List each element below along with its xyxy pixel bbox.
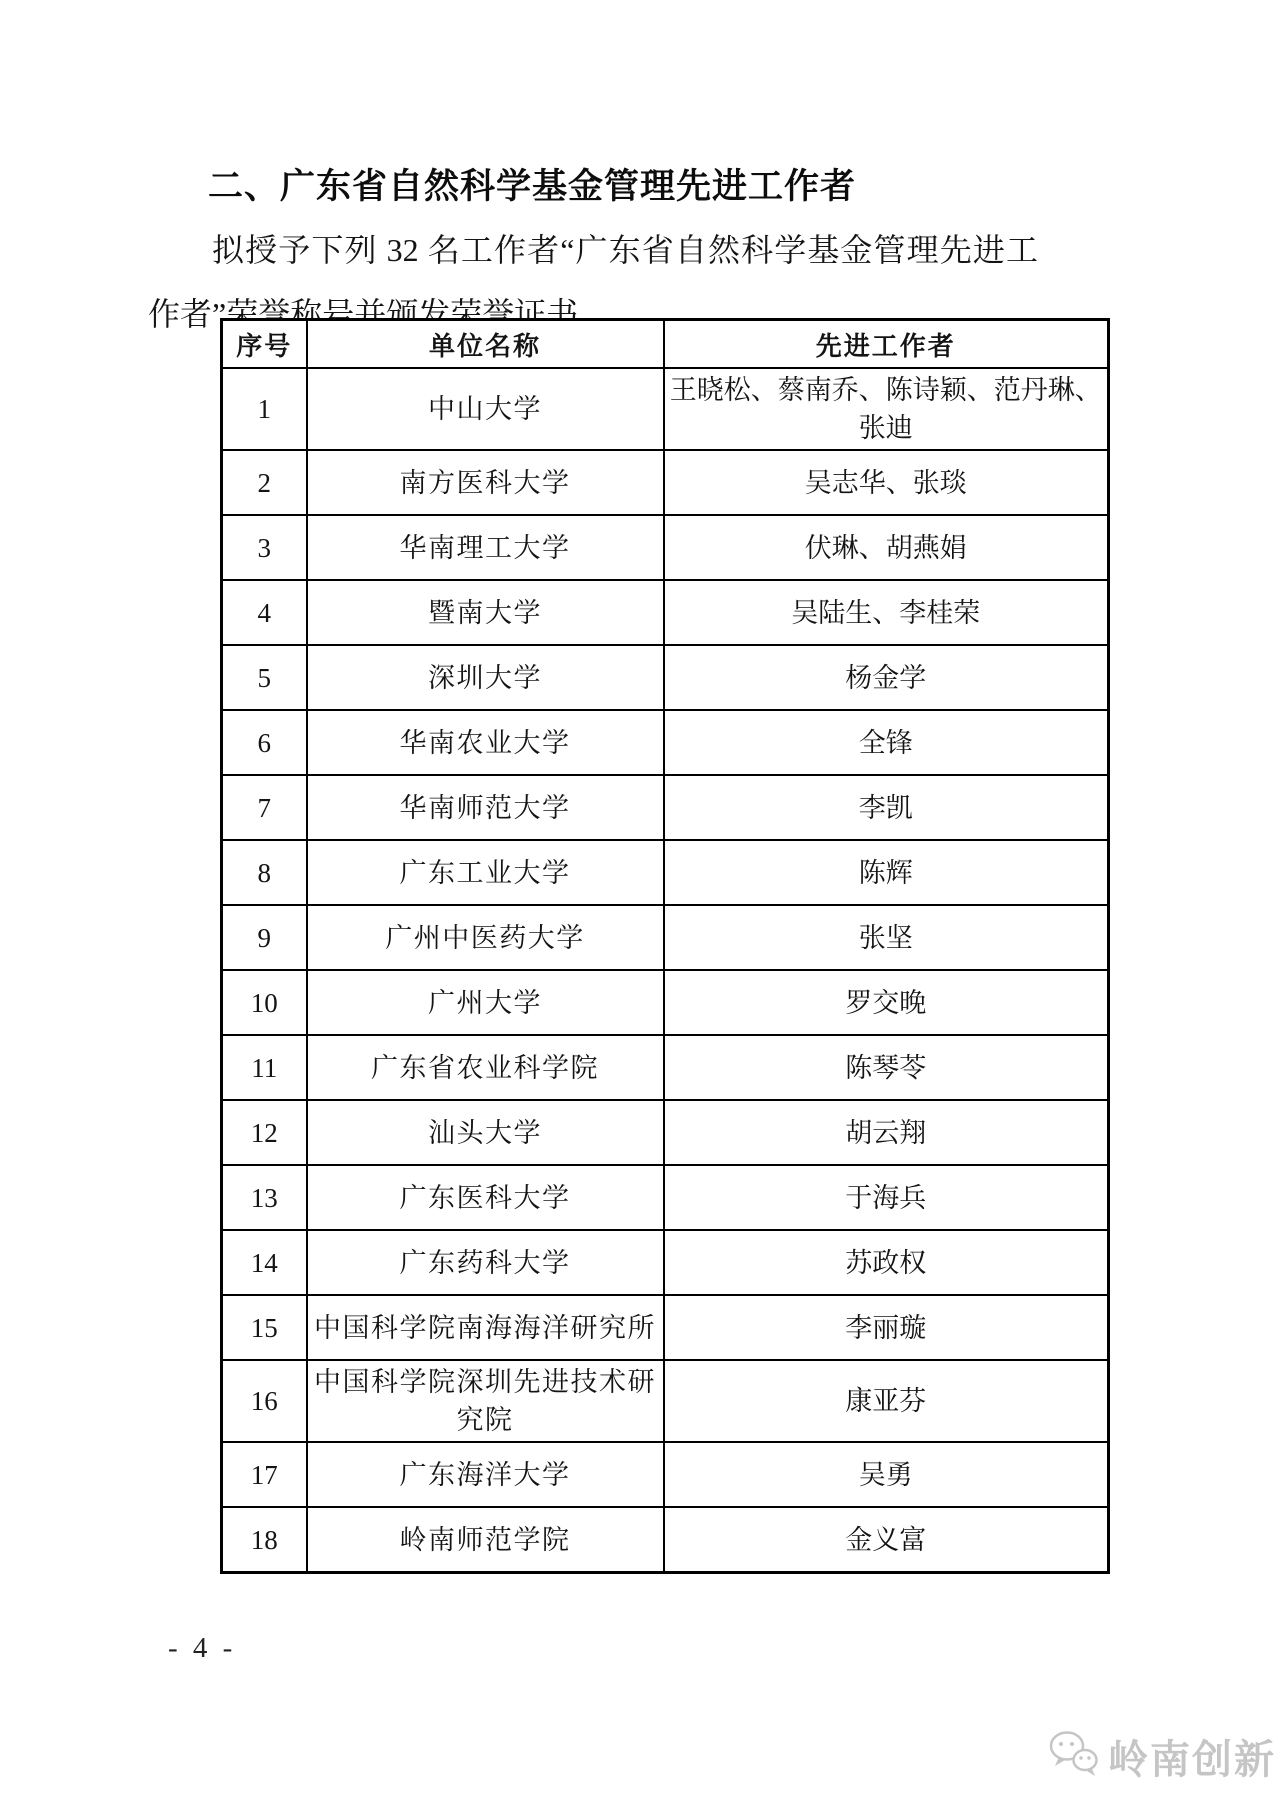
workers-names: 张坚 [664,905,1109,970]
row-number: 16 [222,1360,307,1442]
workers-names: 王晓松、蔡南乔、陈诗颖、范丹琳、张迪 [664,368,1109,450]
row-number: 11 [222,1035,307,1100]
workers-names: 伏琳、胡燕娟 [664,515,1109,580]
workers-names: 吴志华、张琰 [664,450,1109,515]
section-title: 二、广东省自然科学基金管理先进工作者 [208,159,856,209]
workers-names: 苏政权 [664,1230,1109,1295]
watermark-label: 岭南创新 [1108,1728,1276,1785]
table-row: 12 汕头大学 胡云翔 [222,1100,1109,1165]
workers-names: 胡云翔 [664,1100,1109,1165]
row-number: 3 [222,515,307,580]
row-number: 8 [222,840,307,905]
table-row: 9 广州中医药大学 张坚 [222,905,1109,970]
table-row: 2 南方医科大学 吴志华、张琰 [222,450,1109,515]
table-row: 5 深圳大学 杨金学 [222,645,1109,710]
row-number: 10 [222,970,307,1035]
table-row: 3 华南理工大学 伏琳、胡燕娟 [222,515,1109,580]
table-row: 6 华南农业大学 全锋 [222,710,1109,775]
unit-name: 广东药科大学 [307,1230,664,1295]
unit-name: 深圳大学 [307,645,664,710]
table-row: 17 广东海洋大学 吴勇 [222,1442,1109,1507]
row-number: 1 [222,368,307,450]
awards-table-header: 序号 单位名称 先进工作者 [222,320,1109,369]
workers-names: 罗交晚 [664,970,1109,1035]
unit-name: 广州大学 [307,970,664,1035]
table-row: 16 中国科学院深圳先进技术研究院 康亚芬 [222,1360,1109,1442]
row-number: 12 [222,1100,307,1165]
row-number: 14 [222,1230,307,1295]
row-number: 17 [222,1442,307,1507]
row-number: 7 [222,775,307,840]
row-number: 15 [222,1295,307,1360]
page-number: - 4 - [168,1632,236,1665]
unit-name: 中国科学院深圳先进技术研究院 [307,1360,664,1442]
row-number: 18 [222,1507,307,1573]
col-header-workers: 先进工作者 [664,320,1109,369]
row-number: 6 [222,710,307,775]
row-number: 13 [222,1165,307,1230]
unit-name: 华南农业大学 [307,710,664,775]
unit-name: 南方医科大学 [307,450,664,515]
table-row: 10 广州大学 罗交晚 [222,970,1109,1035]
table-row: 4 暨南大学 吴陆生、李桂荣 [222,580,1109,645]
workers-names: 杨金学 [664,645,1109,710]
unit-name: 广东工业大学 [307,840,664,905]
table-row: 15 中国科学院南海海洋研究所 李丽璇 [222,1295,1109,1360]
awards-table: 序号 单位名称 先进工作者 1 中山大学 王晓松、蔡南乔、陈诗颖、范丹琳、张迪 … [220,318,1110,1574]
col-header-unit: 单位名称 [307,320,664,369]
unit-name: 广东医科大学 [307,1165,664,1230]
workers-names: 全锋 [664,710,1109,775]
workers-names: 吴勇 [664,1442,1109,1507]
workers-names: 陈琴苓 [664,1035,1109,1100]
row-number: 5 [222,645,307,710]
workers-names: 于海兵 [664,1165,1109,1230]
table-row: 7 华南师范大学 李凯 [222,775,1109,840]
table-row: 1 中山大学 王晓松、蔡南乔、陈诗颖、范丹琳、张迪 [222,368,1109,450]
unit-name: 中山大学 [307,368,664,450]
unit-name: 暨南大学 [307,580,664,645]
row-number: 9 [222,905,307,970]
document-page: 二、广东省自然科学基金管理先进工作者 拟授予下列 32 名工作者“广东省自然科学… [0,0,1280,1810]
row-number: 4 [222,580,307,645]
unit-name: 华南理工大学 [307,515,664,580]
table-row: 11 广东省农业科学院 陈琴苓 [222,1035,1109,1100]
workers-names: 金义富 [664,1507,1109,1573]
watermark: 岭南创新 [1046,1726,1276,1787]
col-header-no: 序号 [222,320,307,369]
unit-name: 广东海洋大学 [307,1442,664,1507]
header-row: 序号 单位名称 先进工作者 [222,320,1109,369]
awards-table-body: 1 中山大学 王晓松、蔡南乔、陈诗颖、范丹琳、张迪 2 南方医科大学 吴志华、张… [222,368,1109,1573]
row-number: 2 [222,450,307,515]
table-row: 14 广东药科大学 苏政权 [222,1230,1109,1295]
workers-names: 陈辉 [664,840,1109,905]
unit-name: 岭南师范学院 [307,1507,664,1573]
workers-names: 李丽璇 [664,1295,1109,1360]
unit-name: 汕头大学 [307,1100,664,1165]
unit-name: 广东省农业科学院 [307,1035,664,1100]
wechat-logo-icon [1046,1726,1102,1787]
unit-name: 广州中医药大学 [307,905,664,970]
table-row: 18 岭南师范学院 金义富 [222,1507,1109,1573]
table-row: 8 广东工业大学 陈辉 [222,840,1109,905]
unit-name: 中国科学院南海海洋研究所 [307,1295,664,1360]
workers-names: 吴陆生、李桂荣 [664,580,1109,645]
unit-name: 华南师范大学 [307,775,664,840]
table-row: 13 广东医科大学 于海兵 [222,1165,1109,1230]
workers-names: 康亚芬 [664,1360,1109,1442]
workers-names: 李凯 [664,775,1109,840]
